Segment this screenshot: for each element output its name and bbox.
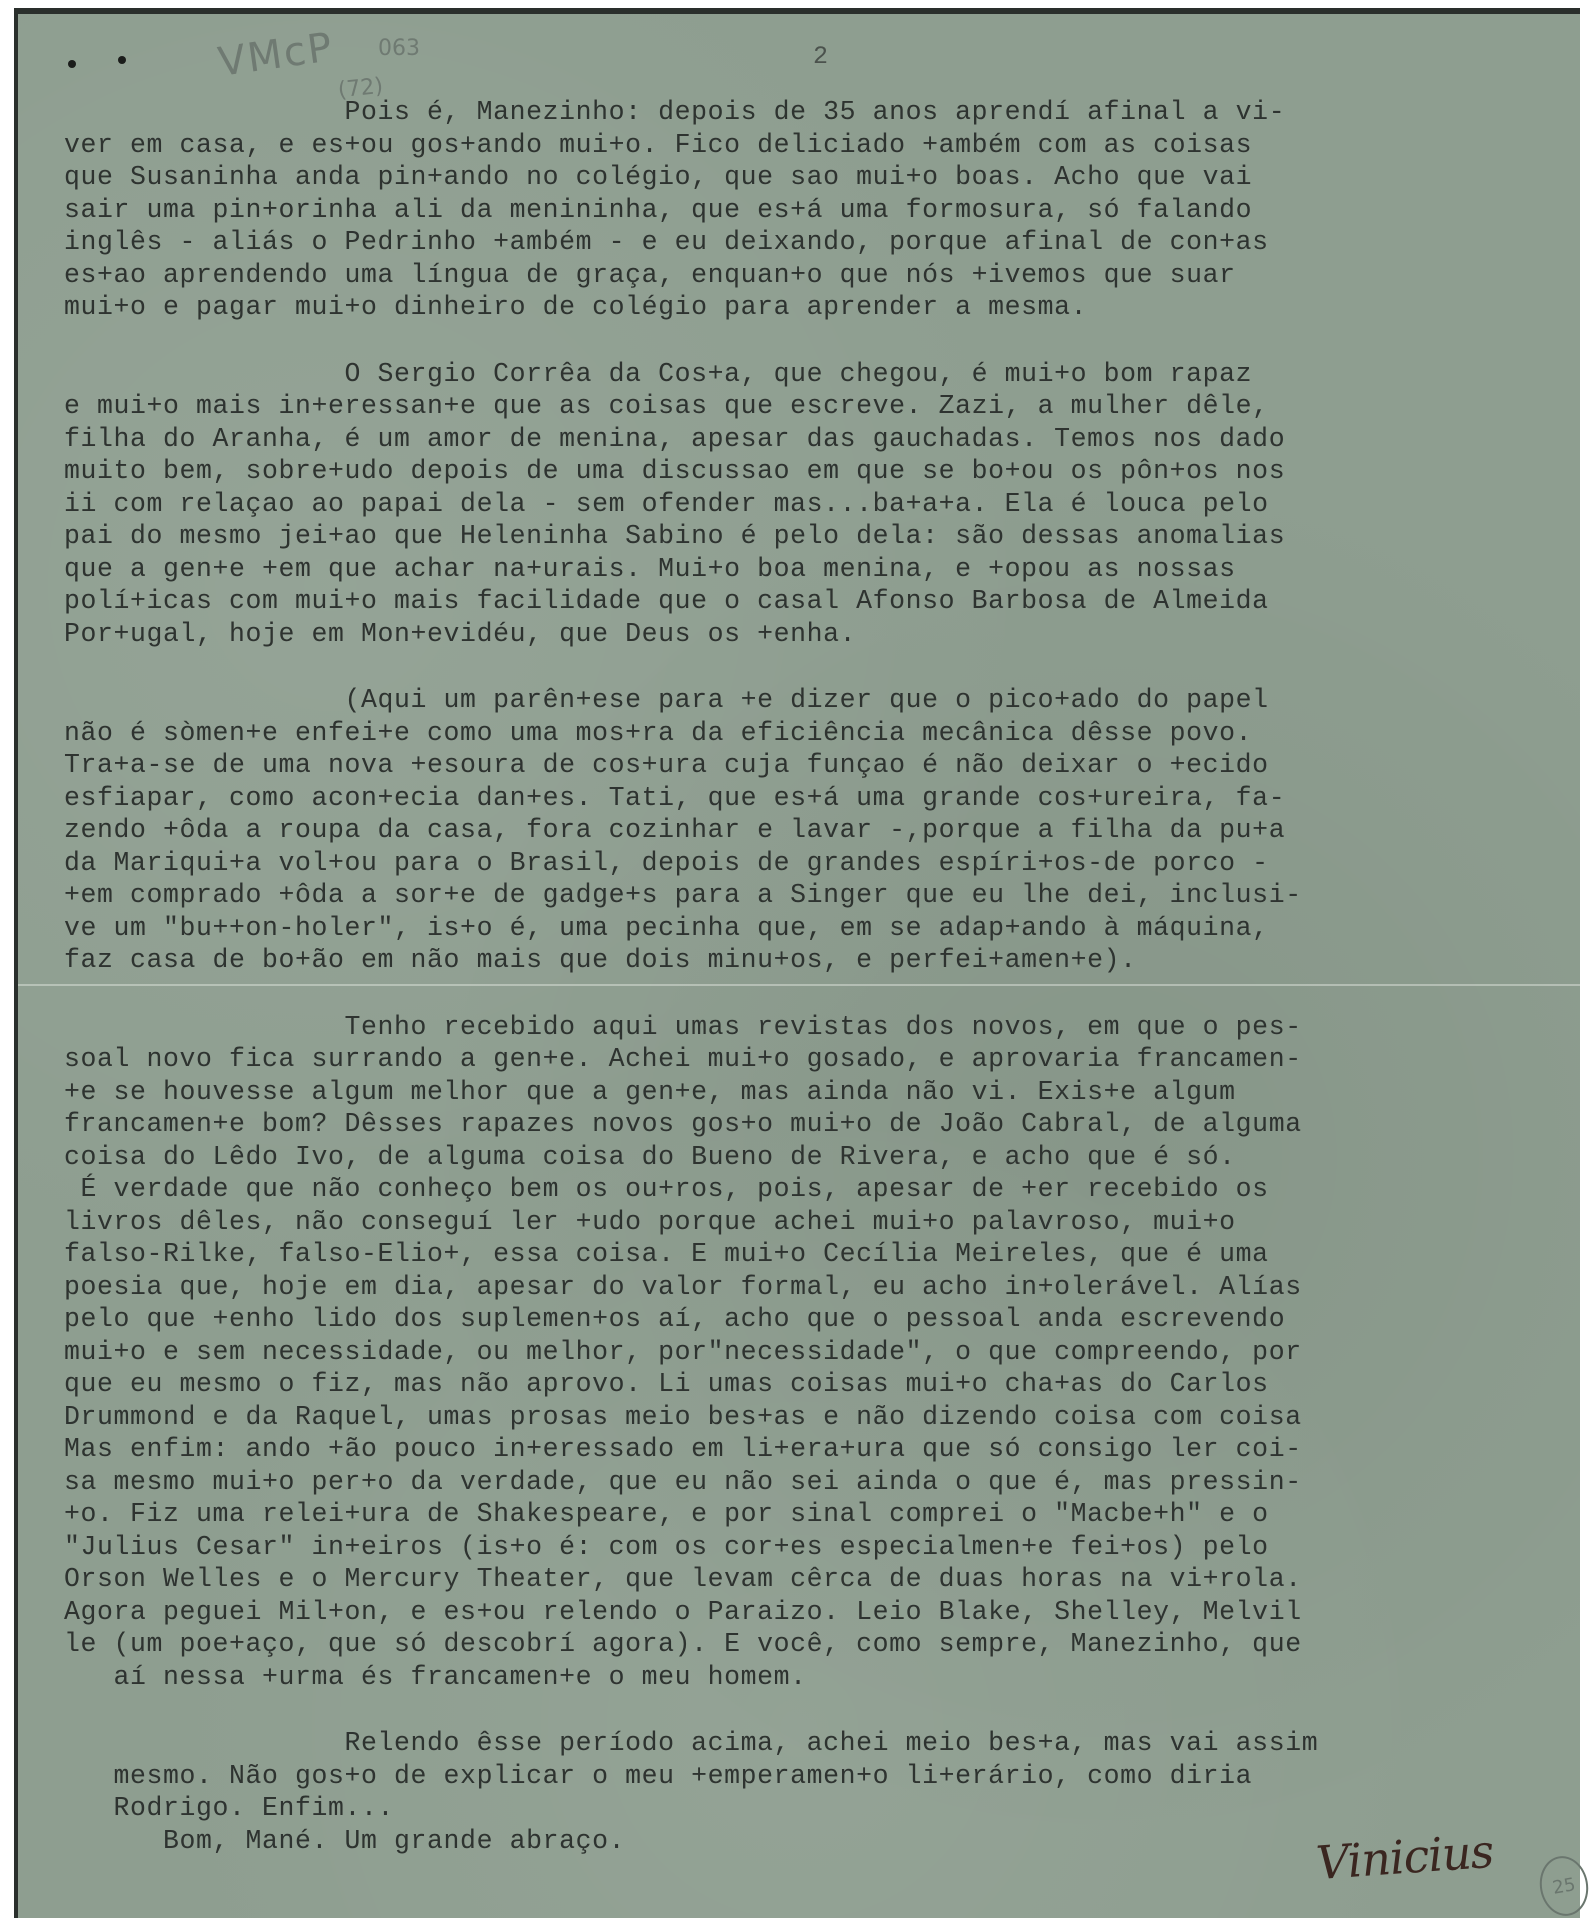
- page-number: 2: [813, 42, 828, 71]
- text-line: mesmo. Não gos+o de explicar o meu +empe…: [64, 1760, 1564, 1793]
- paragraph-spacer: [64, 1693, 1564, 1727]
- text-line: poesia que, hoje em dia, apesar do valor…: [64, 1271, 1564, 1304]
- text-line: coisa do Lêdo Ivo, de alguma coisa do Bu…: [64, 1141, 1564, 1174]
- text-line: ver em casa, e es+ou gos+ando mui+o. Fic…: [64, 129, 1564, 162]
- text-line: livros dêles, não conseguí ler +udo porq…: [64, 1206, 1564, 1239]
- text-line: Relendo êsse período acima, achei meio b…: [64, 1727, 1564, 1760]
- text-line: (Aqui um parên+ese para +e dizer que o p…: [64, 684, 1564, 717]
- text-line: Mas enfim: ando +ão pouco in+eressado em…: [64, 1433, 1564, 1466]
- paragraph-spacer: [64, 977, 1564, 1011]
- text-line: Orson Welles e o Mercury Theater, que le…: [64, 1563, 1564, 1596]
- text-line: mui+o e pagar mui+o dinheiro de colégio …: [64, 291, 1564, 324]
- text-line: Pois é, Manezinho: depois de 35 anos apr…: [64, 96, 1564, 129]
- text-line: polí+icas com mui+o mais facilidade que …: [64, 585, 1564, 618]
- text-line: aí nessa +urma és francamen+e o meu home…: [64, 1661, 1564, 1694]
- archive-initials: VMcP: [215, 24, 336, 86]
- text-line: mui+o e sem necessidade, ou melhor, por"…: [64, 1336, 1564, 1369]
- punch-hole-icon: [68, 60, 76, 68]
- paragraph: Pois é, Manezinho: depois de 35 anos apr…: [64, 96, 1564, 324]
- text-line: sa mesmo mui+o per+o da verdade, que eu …: [64, 1466, 1564, 1499]
- text-line: que a gen+e +em que achar na+urais. Mui+…: [64, 553, 1564, 586]
- text-line: que eu mesmo o fiz, mas não aprovo. Li u…: [64, 1368, 1564, 1401]
- archive-number: 063: [378, 36, 420, 61]
- text-line: ii com relaçao ao papai dela - sem ofend…: [64, 488, 1564, 521]
- text-line: Tra+a-se de uma nova +esoura de cos+ura …: [64, 749, 1564, 782]
- text-line: ve um "bu++on-holer", is+o é, uma pecinh…: [64, 912, 1564, 945]
- text-line: +o. Fiz uma relei+ura de Shakespeare, e …: [64, 1498, 1564, 1531]
- stamp-number: 25: [1551, 1874, 1577, 1899]
- text-line: Rodrigo. Enfim...: [64, 1792, 1564, 1825]
- text-line: não é sòmen+e enfei+e como uma mos+ra da…: [64, 717, 1564, 750]
- paragraph: Tenho recebido aqui umas revistas dos no…: [64, 1011, 1564, 1694]
- text-line: Tenho recebido aqui umas revistas dos no…: [64, 1011, 1564, 1044]
- text-line: francamen+e bom? Dêsses rapazes novos go…: [64, 1108, 1564, 1141]
- text-line: O Sergio Corrêa da Cos+a, que chegou, é …: [64, 358, 1564, 391]
- text-line: +e se houvesse algum melhor que a gen+e,…: [64, 1076, 1564, 1109]
- text-line: zendo +ôda a roupa da casa, fora cozinha…: [64, 814, 1564, 847]
- text-line: sair uma pin+orinha ali da menininha, qu…: [64, 194, 1564, 227]
- paragraph: O Sergio Corrêa da Cos+a, que chegou, é …: [64, 358, 1564, 651]
- text-line: Agora peguei Mil+on, e es+ou relendo o P…: [64, 1596, 1564, 1629]
- text-line: que Susaninha anda pin+ando no colégio, …: [64, 161, 1564, 194]
- paragraph-spacer: [64, 324, 1564, 358]
- text-line: faz casa de bo+ão em não mais que dois m…: [64, 944, 1564, 977]
- paragraph-spacer: [64, 650, 1564, 684]
- text-line: Por+ugal, hoje em Mon+evidéu, que Deus o…: [64, 618, 1564, 651]
- text-line: pai do mesmo jei+ao que Heleninha Sabino…: [64, 520, 1564, 553]
- text-line: muito bem, sobre+udo depois de uma discu…: [64, 455, 1564, 488]
- punch-hole-icon: [118, 56, 126, 64]
- text-line: +em comprado +ôda a sor+e de gadge+s par…: [64, 879, 1564, 912]
- paragraph: (Aqui um parên+ese para +e dizer que o p…: [64, 684, 1564, 977]
- text-line: "Julius Cesar" in+eiros (is+o é: com os …: [64, 1531, 1564, 1564]
- text-line: e mui+o mais in+eressan+e que as coisas …: [64, 390, 1564, 423]
- text-line: es+ao aprendendo uma língua de graça, en…: [64, 259, 1564, 292]
- text-line: le (um poe+aço, que só descobrí agora). …: [64, 1628, 1564, 1661]
- text-line: Drummond e da Raquel, umas prosas meio b…: [64, 1401, 1564, 1434]
- letter-body: Pois é, Manezinho: depois de 35 anos apr…: [64, 96, 1564, 1857]
- text-line: É verdade que não conheço bem os ou+ros,…: [64, 1173, 1564, 1206]
- text-line: pelo que +enho lido dos suplemen+os aí, …: [64, 1303, 1564, 1336]
- text-line: esfiapar, como acon+ecia dan+es. Tati, q…: [64, 782, 1564, 815]
- text-line: da Mariqui+a vol+ou para o Brasil, depoi…: [64, 847, 1564, 880]
- text-line: filha do Aranha, é um amor de menina, ap…: [64, 423, 1564, 456]
- text-line: inglês - aliás o Pedrinho +ambém - e eu …: [64, 226, 1564, 259]
- text-line: falso-Rilke, falso-Elio+, essa coisa. E …: [64, 1238, 1564, 1271]
- text-line: soal novo fica surrando a gen+e. Achei m…: [64, 1043, 1564, 1076]
